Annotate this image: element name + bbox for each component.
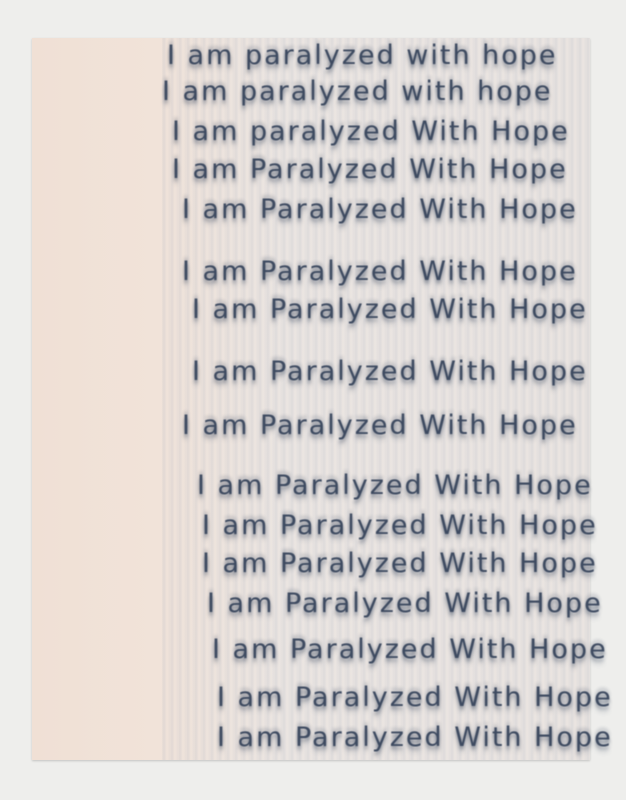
handwritten-line: I am Paralyzed With Hope bbox=[172, 154, 568, 185]
handwritten-lines: I am paralyzed with hopeI am paralyzed w… bbox=[32, 38, 590, 760]
handwritten-line: I am Paralyzed With Hope bbox=[182, 194, 578, 225]
handwritten-line: I am Paralyzed With Hope bbox=[212, 634, 608, 665]
handwritten-line: I am Paralyzed With Hope bbox=[217, 682, 613, 713]
handwritten-line: I am paralyzed with hope bbox=[167, 40, 558, 71]
handwritten-line: I am Paralyzed With Hope bbox=[202, 548, 598, 579]
handwritten-line: I am Paralyzed With Hope bbox=[207, 588, 603, 619]
handwritten-line: I am Paralyzed With Hope bbox=[182, 256, 578, 287]
handwritten-line: I am Paralyzed With Hope bbox=[197, 470, 593, 501]
handwritten-line: I am Paralyzed With Hope bbox=[202, 510, 598, 541]
handwritten-line: I am Paralyzed With Hope bbox=[217, 722, 613, 753]
handwritten-line: I am Paralyzed With Hope bbox=[182, 410, 578, 441]
handwritten-line: I am Paralyzed With Hope bbox=[192, 356, 588, 387]
artwork-paper: I am paralyzed with hopeI am paralyzed w… bbox=[32, 38, 590, 760]
handwritten-line: I am paralyzed with hope bbox=[162, 76, 553, 107]
handwritten-line: I am paralyzed With Hope bbox=[172, 116, 570, 147]
handwritten-line: I am Paralyzed With Hope bbox=[192, 294, 588, 325]
